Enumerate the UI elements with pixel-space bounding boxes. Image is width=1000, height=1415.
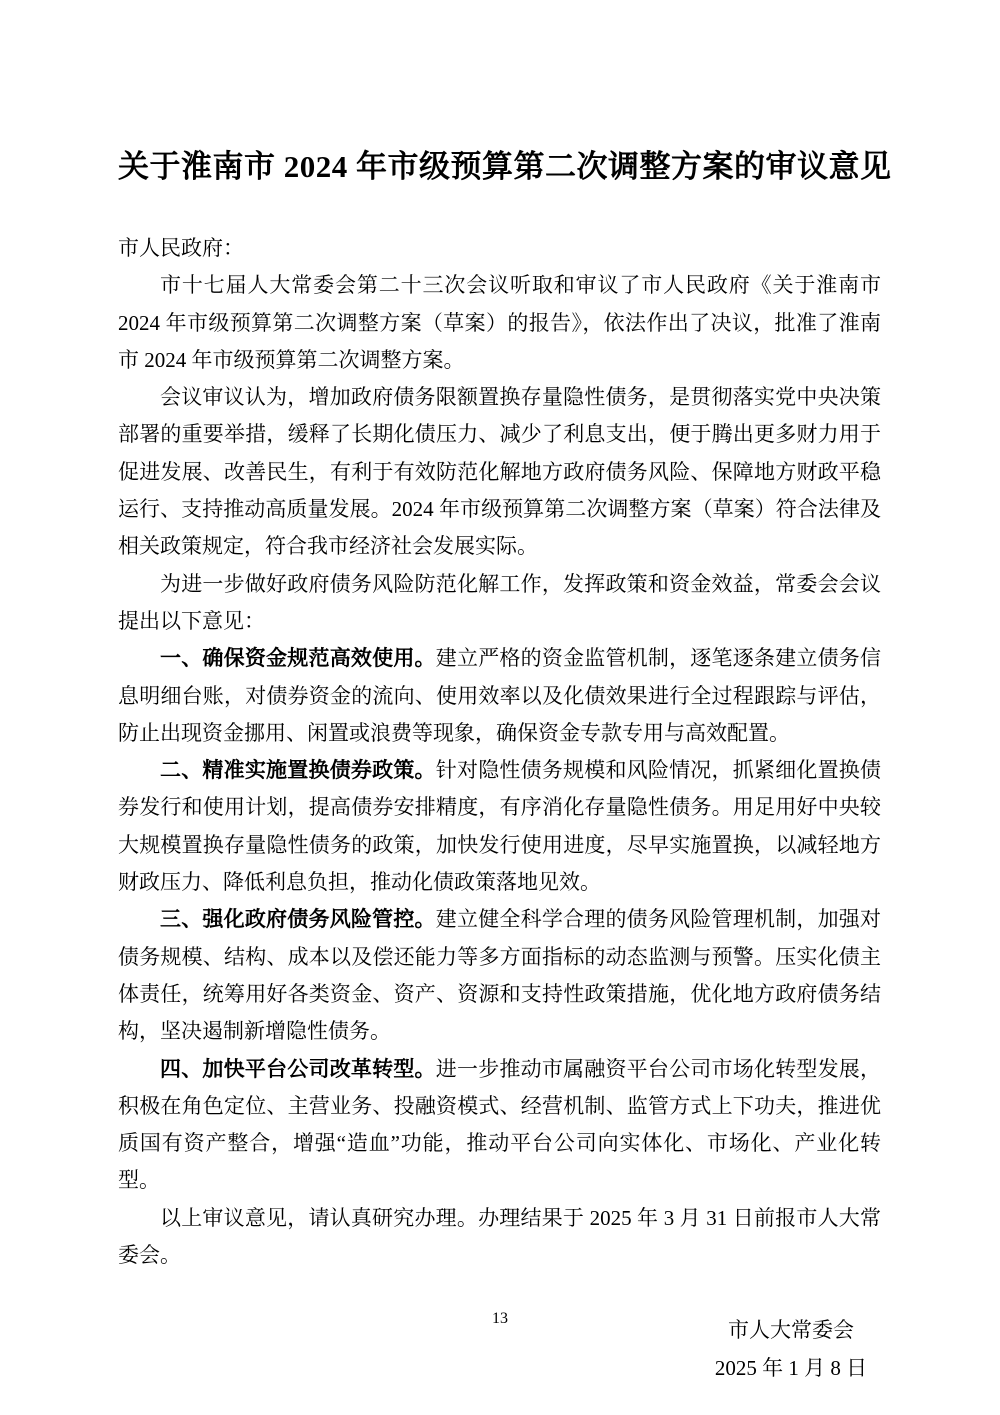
paragraph-lead: 一、确保资金规范高效使用。 <box>160 647 436 670</box>
issue-date: 2025 年 1 月 8 日 <box>701 1350 881 1387</box>
paragraph: 三、强化政府债务风险管控。建立健全科学合理的债务风险管理机制，加强对债务规模、结… <box>118 901 881 1050</box>
page-number: 13 <box>0 1310 1000 1328</box>
document-title: 关于淮南市 2024 年市级预算第二次调整方案的审议意见 <box>118 0 881 187</box>
paragraph: 二、精准实施置换债券政策。针对隐性债务规模和风险情况，抓紧细化置换债券发行和使用… <box>118 752 881 901</box>
paragraph-text: 会议审议认为，增加政府债务限额置换存量隐性债务，是贯彻落实党中央决策部署的重要举… <box>118 385 881 558</box>
paragraph: 市十七届人大常委会第二十三次会议听取和审议了市人民政府《关于淮南市 2024 年… <box>118 267 881 379</box>
paragraph: 为进一步做好政府债务风险防范化解工作，发挥政策和资金效益，常委会会议提出以下意见… <box>118 566 881 641</box>
paragraph-lead: 二、精准实施置换债券政策。 <box>160 759 436 782</box>
paragraph-text: 市十七届人大常委会第二十三次会议听取和审议了市人民政府《关于淮南市 2024 年… <box>118 273 881 372</box>
document-page: 关于淮南市 2024 年市级预算第二次调整方案的审议意见 市人民政府： 市十七届… <box>0 0 1000 1415</box>
paragraph: 以上审议意见，请认真研究办理。办理结果于 2025 年 3 月 31 日前报市人… <box>118 1200 881 1275</box>
paragraph: 四、加快平台公司改革转型。进一步推动市属融资平台公司市场化转型发展，积极在角色定… <box>118 1051 881 1200</box>
paragraph-lead: 四、加快平台公司改革转型。 <box>160 1058 436 1081</box>
paragraph: 一、确保资金规范高效使用。建立严格的资金监管机制，逐笔逐条建立债务信息明细台账，… <box>118 640 881 752</box>
paragraph: 会议审议认为，增加政府债务限额置换存量隐性债务，是贯彻落实党中央决策部署的重要举… <box>118 379 881 565</box>
paragraph-text: 为进一步做好政府债务风险防范化解工作，发挥政策和资金效益，常委会会议提出以下意见… <box>118 572 881 633</box>
salutation: 市人民政府： <box>118 230 881 267</box>
paragraph-text: 以上审议意见，请认真研究办理。办理结果于 2025 年 3 月 31 日前报市人… <box>118 1206 881 1267</box>
paragraph-lead: 三、强化政府债务风险管控。 <box>160 908 436 931</box>
